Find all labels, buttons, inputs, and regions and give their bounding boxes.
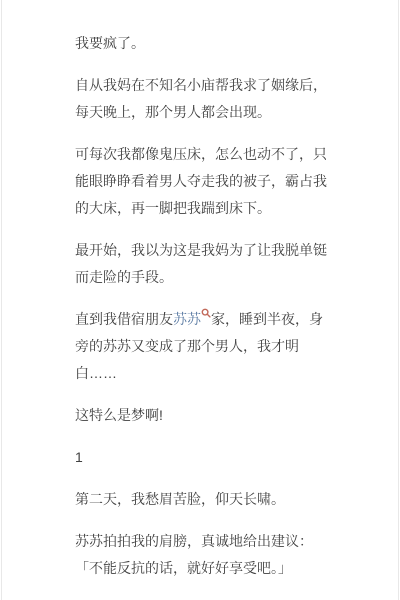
section-number: 1 <box>75 444 330 471</box>
suzu-entity-link[interactable]: 苏苏 <box>173 311 211 327</box>
paragraph-2: 自从我妈在不知名小庙帮我求了姻缘后，每天晚上，那个男人都会出现。 <box>75 72 330 126</box>
paragraph-6: 这特么是梦啊! <box>75 402 330 429</box>
entity-link-text: 苏苏 <box>173 311 201 327</box>
paragraph-1: 我要疯了。 <box>75 30 330 57</box>
page-right-edge <box>398 0 399 600</box>
paragraph-5: 直到我借宿朋友苏苏家，睡到半夜，身旁的苏苏又变成了那个男人，我才明白…… <box>75 306 330 387</box>
page-left-edge <box>1 0 2 600</box>
paragraph-4: 最开始，我以为这是我妈为了让我脱单铤而走险的手段。 <box>75 237 330 291</box>
search-icon[interactable] <box>201 308 211 319</box>
reader-page[interactable]: 我要疯了。 自从我妈在不知名小庙帮我求了姻缘后，每天晚上，那个男人都会出现。 可… <box>0 0 400 600</box>
paragraph-7: 第二天，我愁眉苦脸，仰天长啸。 <box>75 486 330 513</box>
paragraph-3: 可每次我都像鬼压床，怎么也动不了，只能眼睁睁看着男人夺走我的被子，霸占我的大床，… <box>75 141 330 222</box>
paragraph-text-before-link: 直到我借宿朋友 <box>75 311 173 327</box>
story-content: 我要疯了。 自从我妈在不知名小庙帮我求了姻缘后，每天晚上，那个男人都会出现。 可… <box>75 0 330 597</box>
paragraph-8: 苏苏拍拍我的肩膀，真诚地给出建议：「不能反抗的话，就好好享受吧。」 <box>75 528 330 582</box>
